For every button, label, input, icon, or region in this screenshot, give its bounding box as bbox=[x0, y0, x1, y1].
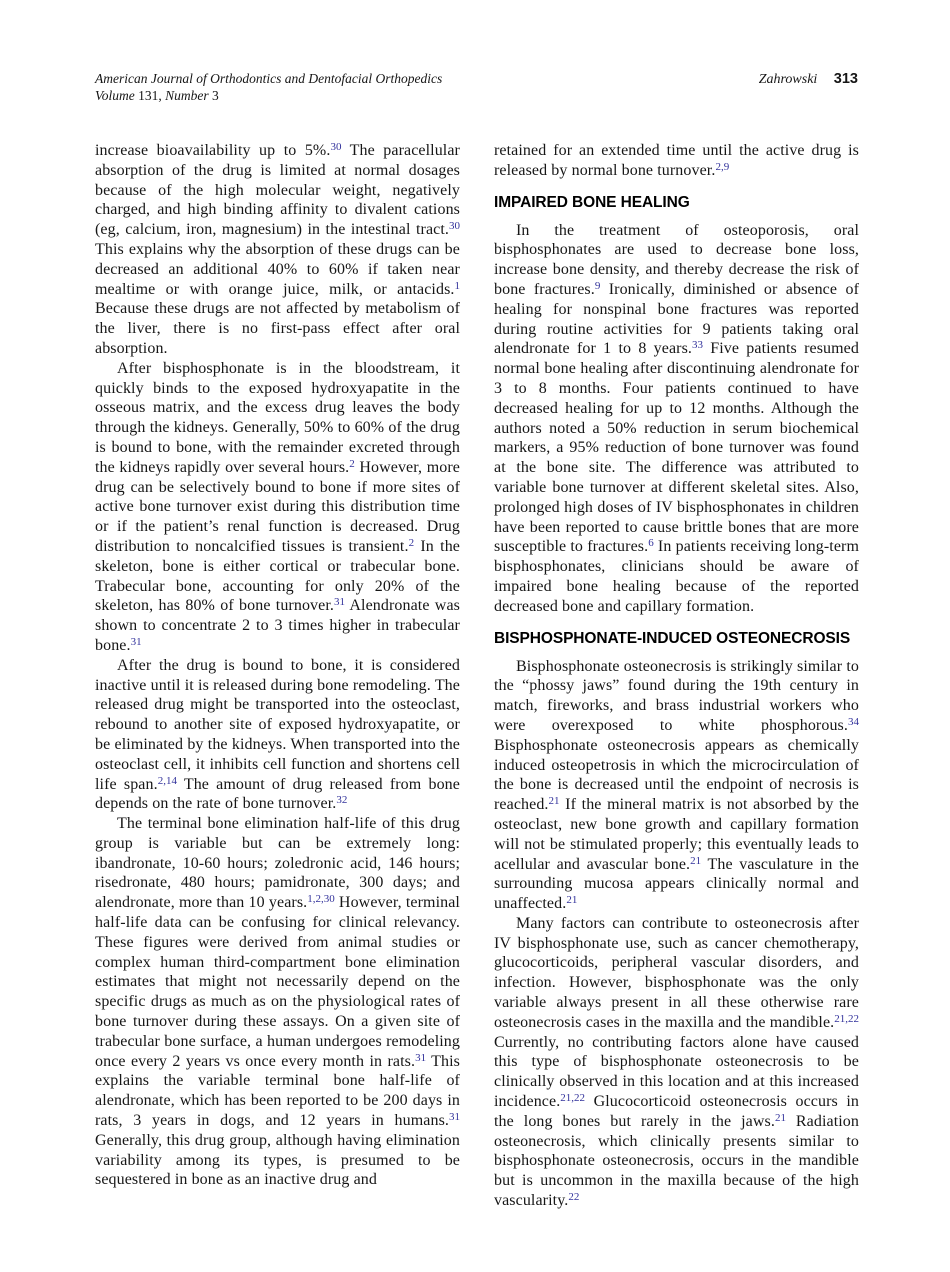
paragraph: increase bioavailability up to 5%.30 The… bbox=[95, 141, 460, 359]
text-run: increase bioavailability up to 5%. bbox=[95, 142, 330, 159]
text-run: After the drug is bound to bone, it is c… bbox=[95, 657, 460, 793]
text-run: Bisphosphonate osteonecrosis is striking… bbox=[494, 658, 859, 734]
paragraph: After the drug is bound to bone, it is c… bbox=[95, 656, 460, 814]
text-run: However, terminal half-life data can be … bbox=[95, 894, 460, 1069]
text-run: retained for an extended time until the … bbox=[494, 142, 859, 179]
right-column: retained for an extended time until the … bbox=[494, 141, 859, 1211]
reference-superscript[interactable]: 34 bbox=[848, 716, 859, 728]
text-run: 131, bbox=[135, 88, 165, 103]
reference-superscript[interactable]: 31 bbox=[131, 636, 142, 648]
reference-superscript[interactable]: 2 bbox=[349, 458, 355, 470]
reference-superscript[interactable]: 30 bbox=[449, 220, 460, 232]
reference-superscript[interactable]: 31 bbox=[415, 1052, 426, 1064]
reference-superscript[interactable]: 21,22 bbox=[560, 1092, 585, 1104]
page-header: American Journal of Orthodontics and Den… bbox=[95, 70, 858, 104]
text-run: Volume bbox=[95, 88, 135, 103]
paragraph: retained for an extended time until the … bbox=[494, 141, 859, 181]
reference-superscript[interactable]: 2,14 bbox=[158, 775, 177, 787]
text-run: 3 bbox=[209, 88, 219, 103]
paragraph: After bisphosphonate is in the bloodstre… bbox=[95, 359, 460, 656]
reference-superscript[interactable]: 30 bbox=[330, 141, 341, 153]
page-number: 313 bbox=[834, 71, 858, 87]
reference-superscript[interactable]: 2,9 bbox=[715, 161, 729, 173]
paragraph: The terminal bone elimination half-life … bbox=[95, 814, 460, 1190]
text-run: Number bbox=[165, 88, 209, 103]
two-column-body: increase bioavailability up to 5%.30 The… bbox=[95, 141, 859, 1211]
text-run: Generally, this drug group, although hav… bbox=[95, 1132, 460, 1189]
reference-superscript[interactable]: 31 bbox=[334, 596, 345, 608]
paragraph: Bisphosphonate osteonecrosis is striking… bbox=[494, 657, 859, 914]
reference-superscript[interactable]: 6 bbox=[648, 537, 654, 549]
journal-title: American Journal of Orthodontics and Den… bbox=[95, 70, 442, 87]
running-author: Zahrowski bbox=[759, 72, 818, 87]
paragraph: Many factors can contribute to osteonecr… bbox=[494, 914, 859, 1211]
reference-superscript[interactable]: 21,22 bbox=[834, 1013, 859, 1025]
reference-superscript[interactable]: 9 bbox=[595, 280, 601, 292]
text-run: Many factors can contribute to osteonecr… bbox=[494, 915, 859, 1031]
reference-superscript[interactable]: 22 bbox=[568, 1191, 579, 1203]
running-head-right: Zahrowski 313 bbox=[759, 70, 858, 88]
reference-superscript[interactable]: 2 bbox=[409, 537, 415, 549]
journal-header-block: American Journal of Orthodontics and Den… bbox=[95, 70, 442, 104]
reference-superscript[interactable]: 21 bbox=[775, 1112, 786, 1124]
reference-superscript[interactable]: 33 bbox=[692, 339, 703, 351]
left-column: increase bioavailability up to 5%.30 The… bbox=[95, 141, 460, 1211]
text-run: Because these drugs are not affected by … bbox=[95, 300, 460, 357]
reference-superscript[interactable]: 32 bbox=[336, 794, 347, 806]
text-run: Five patients resumed normal bone healin… bbox=[494, 340, 859, 555]
text-run: This explains why the absorption of thes… bbox=[95, 241, 460, 298]
reference-superscript[interactable]: 21 bbox=[690, 855, 701, 867]
reference-superscript[interactable]: 1 bbox=[455, 280, 461, 292]
reference-superscript[interactable]: 31 bbox=[449, 1111, 460, 1123]
journal-page: American Journal of Orthodontics and Den… bbox=[0, 0, 950, 1272]
volume-issue-line: Volume 131, Number 3 bbox=[95, 87, 442, 104]
section-heading: IMPAIRED BONE HEALING bbox=[494, 194, 859, 212]
section-heading: BISPHOSPHONATE-INDUCED OSTEONECROSIS bbox=[494, 630, 859, 648]
reference-superscript[interactable]: 21 bbox=[549, 795, 560, 807]
reference-superscript[interactable]: 21 bbox=[566, 894, 577, 906]
paragraph: In the treatment of osteoporosis, oral b… bbox=[494, 221, 859, 617]
reference-superscript[interactable]: 1,2,30 bbox=[307, 893, 335, 905]
